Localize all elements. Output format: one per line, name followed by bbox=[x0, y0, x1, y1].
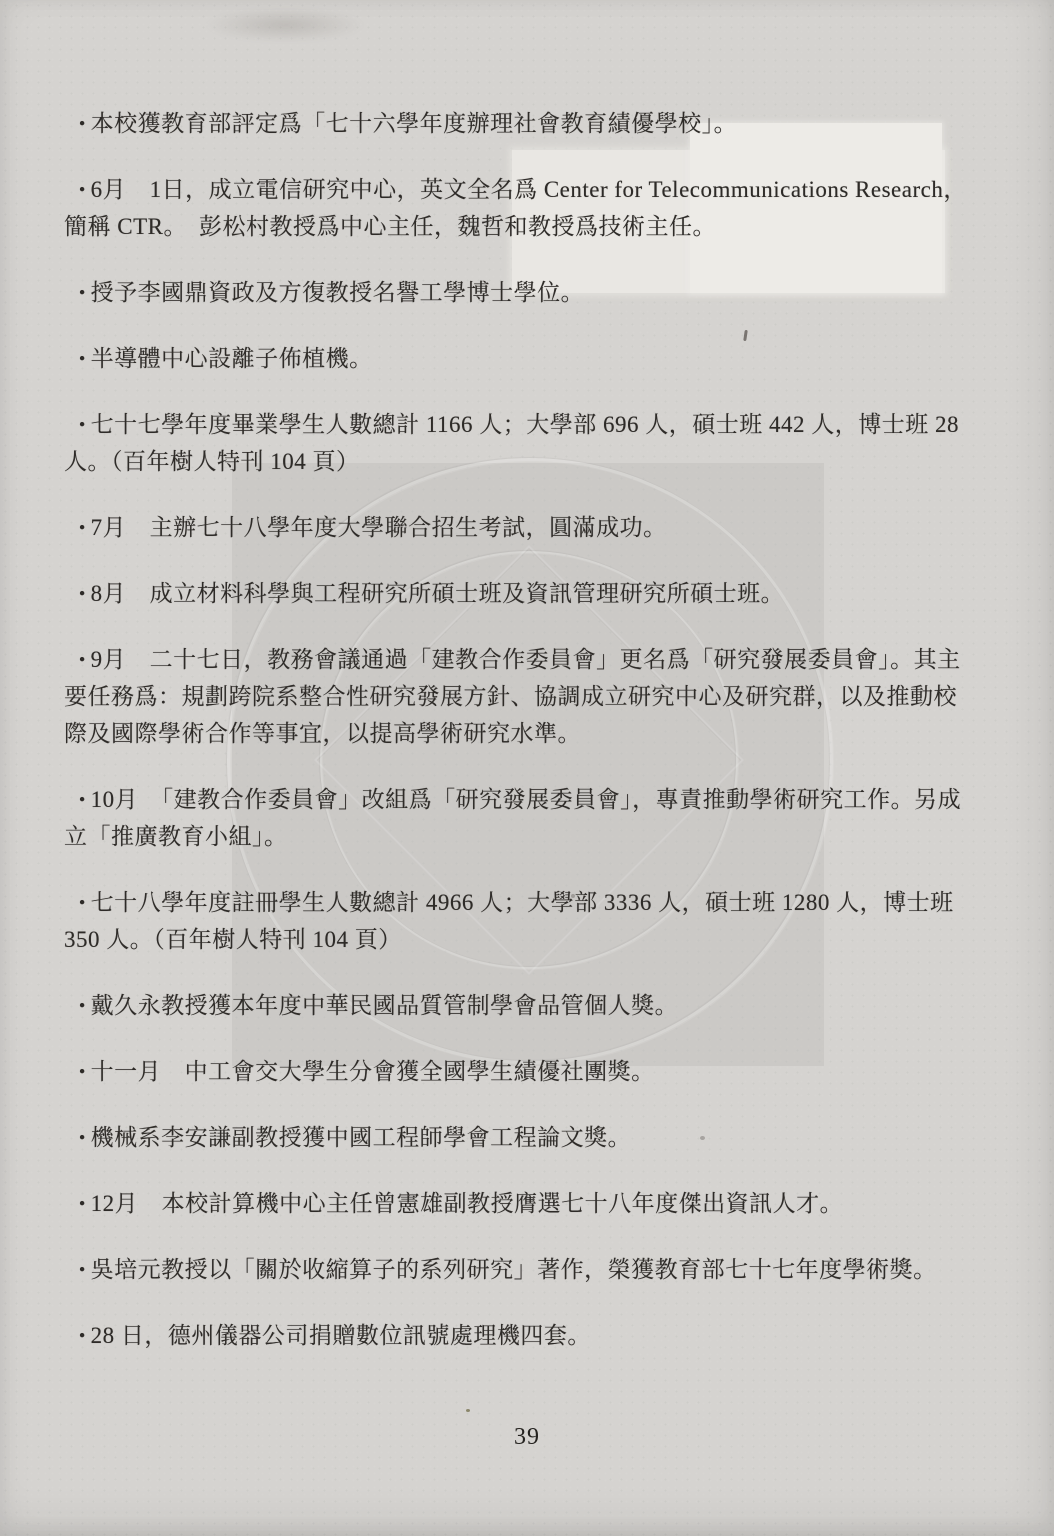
bullet-marker: • bbox=[79, 175, 86, 205]
timeline-entry: •半導體中心設離子佈植機。 bbox=[64, 340, 980, 377]
entry-text: 10月 「建教合作委員會」改組爲「研究發展委員會」，專責推動學術研究工作。另成立… bbox=[64, 787, 961, 849]
page-number: 39 bbox=[0, 1422, 1054, 1452]
timeline-entry: •七十八學年度註冊學生人數總計 4966 人；大學部 3336 人，碩士班 12… bbox=[64, 884, 980, 958]
bullet-marker: • bbox=[79, 513, 86, 543]
bullet-marker: • bbox=[79, 645, 86, 675]
bullet-marker: • bbox=[79, 278, 86, 308]
scan-speck bbox=[466, 1409, 470, 1412]
timeline-entry: •9月 二十七日，教務會議通過「建教合作委員會」更名爲「研究發展委員會」。其主要… bbox=[64, 641, 980, 752]
entry-text: 9月 二十七日，教務會議通過「建教合作委員會」更名爲「研究發展委員會」。其主要任… bbox=[64, 647, 961, 746]
timeline-entry: •本校獲教育部評定爲「七十六學年度辦理社會教育績優學校」。 bbox=[64, 105, 980, 142]
entry-text: 28 日，德州儀器公司捐贈數位訊號處理機四套。 bbox=[91, 1323, 591, 1348]
bullet-marker: • bbox=[79, 1189, 86, 1219]
entry-text: 七十七學年度畢業學生人數總計 1166 人；大學部 696 人，碩士班 442 … bbox=[64, 412, 959, 474]
bullet-marker: • bbox=[79, 410, 86, 440]
timeline-entry: •10月 「建教合作委員會」改組爲「研究發展委員會」，專責推動學術研究工作。另成… bbox=[64, 781, 980, 855]
entry-text: 半導體中心設離子佈植機。 bbox=[91, 346, 373, 371]
timeline-entry: •七十七學年度畢業學生人數總計 1166 人；大學部 696 人，碩士班 442… bbox=[64, 406, 980, 480]
entry-text: 吳培元教授以「關於收縮算子的系列研究」著作，榮獲教育部七十七年度學術獎。 bbox=[91, 1257, 937, 1282]
bullet-marker: • bbox=[79, 991, 86, 1021]
chronicle-text-block: •本校獲教育部評定爲「七十六學年度辦理社會教育績優學校」。 •6月 1日，成立電… bbox=[64, 0, 980, 1354]
timeline-entry: •7月 主辦七十八學年度大學聯合招生考試，圓滿成功。 bbox=[64, 509, 980, 546]
timeline-entry: •8月 成立材料科學與工程研究所碩士班及資訊管理研究所碩士班。 bbox=[64, 575, 980, 612]
bullet-marker: • bbox=[79, 1321, 86, 1351]
entry-text: 7月 主辦七十八學年度大學聯合招生考試，圓滿成功。 bbox=[91, 515, 667, 540]
entry-text: 8月 成立材料科學與工程研究所碩士班及資訊管理研究所碩士班。 bbox=[91, 581, 785, 606]
bullet-marker: • bbox=[79, 1255, 86, 1285]
entry-text: 12月 本校計算機中心主任曾憲雄副教授膺選七十八年度傑出資訊人才。 bbox=[91, 1191, 844, 1216]
entry-text: 6月 1日，成立電信研究中心，英文全名爲 Center for Telecomm… bbox=[64, 177, 967, 239]
bullet-marker: • bbox=[79, 109, 86, 139]
entry-text: 本校獲教育部評定爲「七十六學年度辦理社會教育績優學校」。 bbox=[91, 111, 738, 136]
bullet-marker: • bbox=[79, 579, 86, 609]
timeline-entry: •機械系李安謙副教授獲中國工程師學會工程論文獎。 bbox=[64, 1119, 980, 1156]
bullet-marker: • bbox=[79, 888, 86, 918]
timeline-entry: •6月 1日，成立電信研究中心，英文全名爲 Center for Telecom… bbox=[64, 171, 980, 245]
timeline-entry: •28 日，德州儀器公司捐贈數位訊號處理機四套。 bbox=[64, 1317, 980, 1354]
timeline-entry: •授予李國鼎資政及方復教授名譽工學博士學位。 bbox=[64, 274, 980, 311]
bullet-marker: • bbox=[79, 1057, 86, 1087]
timeline-entry: •吳培元教授以「關於收縮算子的系列研究」著作，榮獲教育部七十七年度學術獎。 bbox=[64, 1251, 980, 1288]
timeline-entry: •12月 本校計算機中心主任曾憲雄副教授膺選七十八年度傑出資訊人才。 bbox=[64, 1185, 980, 1222]
bullet-marker: • bbox=[79, 1123, 86, 1153]
entry-text: 十一月 中工會交大學生分會獲全國學生績優社團獎。 bbox=[91, 1059, 655, 1084]
bullet-marker: • bbox=[79, 344, 86, 374]
timeline-entry: •十一月 中工會交大學生分會獲全國學生績優社團獎。 bbox=[64, 1053, 980, 1090]
entry-text: 戴久永教授獲本年度中華民國品質管制學會品管個人獎。 bbox=[91, 993, 679, 1018]
entry-text: 七十八學年度註冊學生人數總計 4966 人；大學部 3336 人，碩士班 128… bbox=[64, 890, 954, 952]
entry-text: 機械系李安謙副教授獲中國工程師學會工程論文獎。 bbox=[91, 1125, 632, 1150]
timeline-entry: •戴久永教授獲本年度中華民國品質管制學會品管個人獎。 bbox=[64, 987, 980, 1024]
entry-text: 授予李國鼎資政及方復教授名譽工學博士學位。 bbox=[91, 280, 585, 305]
bullet-marker: • bbox=[79, 785, 86, 815]
scanned-document-page: •本校獲教育部評定爲「七十六學年度辦理社會教育績優學校」。 •6月 1日，成立電… bbox=[0, 0, 1054, 1536]
